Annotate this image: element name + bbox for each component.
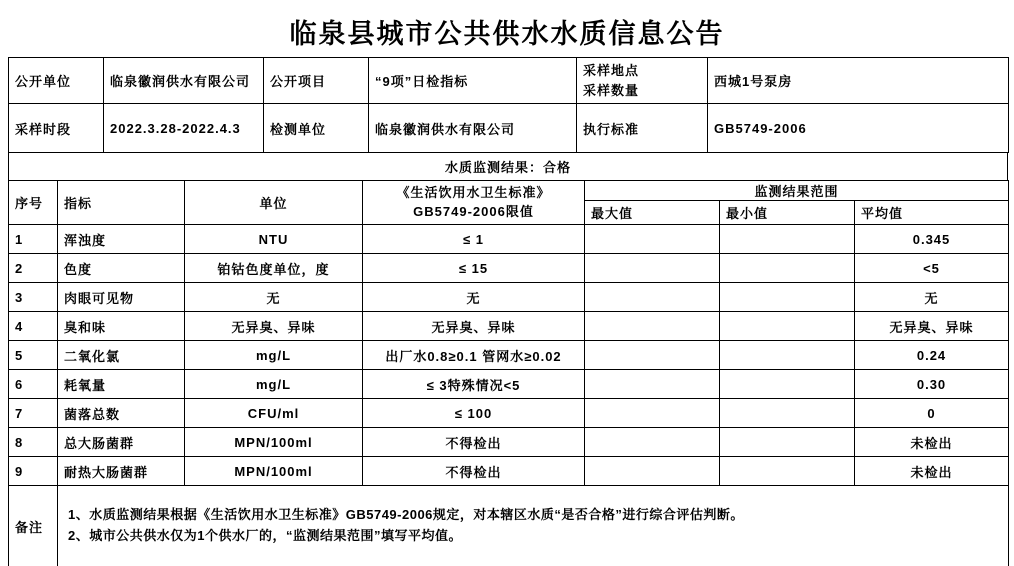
col-header-range-group: 监测结果范围 [585, 181, 1009, 201]
open-item-label: 公开项目 [264, 58, 369, 104]
sampling-site-value: 西城1号泵房 [708, 58, 1009, 104]
row-indicator: 菌落总数 [58, 399, 185, 428]
row-unit: MPN/100ml [185, 457, 363, 486]
col-header-max: 最大值 [585, 201, 720, 225]
sampling-site-label: 采样地点 [583, 63, 639, 78]
row-no: 7 [9, 399, 58, 428]
row-limit: ≤ 15 [363, 254, 585, 283]
notes-body: 1、水质监测结果根据《生活饮用水卫生标准》GB5749-2006规定，对本辖区水… [58, 486, 1009, 566]
col-header-min: 最小值 [720, 201, 855, 225]
table-row: 1 浑浊度 NTU ≤ 1 0.345 [9, 225, 1009, 254]
limit-header-line2: GB5749-2006限值 [369, 203, 578, 222]
table-row: 8 总大肠菌群 MPN/100ml 不得检出 未检出 [9, 428, 1009, 457]
row-limit: 无 [363, 283, 585, 312]
header-row-1: 序号 指标 单位 《生活饮用水卫生标准》 GB5749-2006限值 监测结果范… [9, 181, 1009, 201]
row-min [720, 399, 855, 428]
sampling-period-value: 2022.3.28-2022.4.3 [104, 104, 264, 153]
row-no: 5 [9, 341, 58, 370]
notes-table: 备注 1、水质监测结果根据《生活饮用水卫生标准》GB5749-2006规定，对本… [8, 485, 1009, 566]
sampling-site-count-label: 采样地点 采样数量 [577, 58, 708, 104]
row-no: 1 [9, 225, 58, 254]
row-min [720, 283, 855, 312]
row-avg: 未检出 [855, 457, 1009, 486]
table-row: 7 菌落总数 CFU/ml ≤ 100 0 [9, 399, 1009, 428]
open-unit-value: 临泉徽润供水有限公司 [104, 58, 264, 104]
row-indicator: 总大肠菌群 [58, 428, 185, 457]
executed-standard-value: GB5749-2006 [708, 104, 1009, 153]
row-avg: 0 [855, 399, 1009, 428]
announcement-page: 临泉县城市公共供水水质信息公告 公开单位 临泉徽润供水有限公司 公开项目 “9项… [0, 0, 1014, 566]
col-header-limit: 《生活饮用水卫生标准》 GB5749-2006限值 [363, 181, 585, 225]
col-header-unit: 单位 [185, 181, 363, 225]
row-limit: ≤ 100 [363, 399, 585, 428]
table-row: 3 肉眼可见物 无 无 无 [9, 283, 1009, 312]
table-row: 9 耐热大肠菌群 MPN/100ml 不得检出 未检出 [9, 457, 1009, 486]
row-limit: 不得检出 [363, 457, 585, 486]
info-row-2: 采样时段 2022.3.28-2022.4.3 检测单位 临泉徽润供水有限公司 … [9, 104, 1009, 153]
row-no: 3 [9, 283, 58, 312]
row-indicator: 色度 [58, 254, 185, 283]
info-row-1: 公开单位 临泉徽润供水有限公司 公开项目 “9项”日检指标 采样地点 采样数量 … [9, 58, 1009, 104]
row-max [585, 399, 720, 428]
col-header-avg: 平均值 [855, 201, 1009, 225]
executed-standard-label: 执行标准 [577, 104, 708, 153]
notes-row: 备注 1、水质监测结果根据《生活饮用水卫生标准》GB5749-2006规定，对本… [9, 486, 1009, 566]
row-unit: 无异臭、异味 [185, 312, 363, 341]
row-unit: 铂钴色度单位，度 [185, 254, 363, 283]
row-limit: ≤ 3特殊情况<5 [363, 370, 585, 399]
note-item-1: 1、水质监测结果根据《生活饮用水卫生标准》GB5749-2006规定，对本辖区水… [68, 505, 998, 526]
table-row: 5 二氧化氯 mg/L 出厂水0.8≥0.1 管网水≥0.02 0.24 [9, 341, 1009, 370]
row-avg: 无 [855, 283, 1009, 312]
info-table: 公开单位 临泉徽润供水有限公司 公开项目 “9项”日检指标 采样地点 采样数量 … [8, 57, 1009, 153]
row-min [720, 457, 855, 486]
row-unit: mg/L [185, 341, 363, 370]
col-header-no: 序号 [9, 181, 58, 225]
results-table: 序号 指标 单位 《生活饮用水卫生标准》 GB5749-2006限值 监测结果范… [8, 180, 1009, 486]
sampling-period-label: 采样时段 [9, 104, 104, 153]
row-unit: NTU [185, 225, 363, 254]
row-limit: ≤ 1 [363, 225, 585, 254]
table-row: 4 臭和味 无异臭、异味 无异臭、异味 无异臭、异味 [9, 312, 1009, 341]
row-limit: 出厂水0.8≥0.1 管网水≥0.02 [363, 341, 585, 370]
table-row: 2 色度 铂钴色度单位，度 ≤ 15 <5 [9, 254, 1009, 283]
row-indicator: 臭和味 [58, 312, 185, 341]
row-indicator: 耗氧量 [58, 370, 185, 399]
limit-header-line1: 《生活饮用水卫生标准》 [369, 184, 578, 203]
row-avg: 未检出 [855, 428, 1009, 457]
testing-unit-label: 检测单位 [264, 104, 369, 153]
row-avg: 0.24 [855, 341, 1009, 370]
row-limit: 不得检出 [363, 428, 585, 457]
row-max [585, 283, 720, 312]
table-row: 6 耗氧量 mg/L ≤ 3特殊情况<5 0.30 [9, 370, 1009, 399]
note-item-2: 2、城市公共供水仅为1个供水厂的，“监测结果范围”填写平均值。 [68, 526, 998, 547]
row-unit: mg/L [185, 370, 363, 399]
row-indicator: 肉眼可见物 [58, 283, 185, 312]
row-unit: MPN/100ml [185, 428, 363, 457]
page-title: 临泉县城市公共供水水质信息公告 [0, 0, 1014, 57]
row-no: 2 [9, 254, 58, 283]
row-min [720, 428, 855, 457]
row-avg: 无异臭、异味 [855, 312, 1009, 341]
row-avg: 0.30 [855, 370, 1009, 399]
row-min [720, 254, 855, 283]
row-max [585, 370, 720, 399]
row-no: 9 [9, 457, 58, 486]
row-no: 4 [9, 312, 58, 341]
row-indicator: 二氧化氯 [58, 341, 185, 370]
row-max [585, 312, 720, 341]
open-unit-label: 公开单位 [9, 58, 104, 104]
row-max [585, 457, 720, 486]
row-avg: 0.345 [855, 225, 1009, 254]
row-unit: CFU/ml [185, 399, 363, 428]
row-limit: 无异臭、异味 [363, 312, 585, 341]
row-indicator: 耐热大肠菌群 [58, 457, 185, 486]
row-max [585, 254, 720, 283]
row-max [585, 428, 720, 457]
open-item-value: “9项”日检指标 [369, 58, 577, 104]
row-no: 6 [9, 370, 58, 399]
row-min [720, 312, 855, 341]
row-unit: 无 [185, 283, 363, 312]
notes-label: 备注 [9, 486, 58, 566]
result-banner: 水质监测结果：合格 [9, 153, 1008, 181]
row-min [720, 225, 855, 254]
result-banner-row: 水质监测结果：合格 [9, 153, 1008, 181]
testing-unit-value: 临泉徽润供水有限公司 [369, 104, 577, 153]
row-max [585, 225, 720, 254]
result-banner-table: 水质监测结果：合格 [8, 152, 1008, 181]
row-min [720, 341, 855, 370]
sampling-count-label: 采样数量 [583, 83, 639, 98]
col-header-indicator: 指标 [58, 181, 185, 225]
row-avg: <5 [855, 254, 1009, 283]
row-max [585, 341, 720, 370]
row-no: 8 [9, 428, 58, 457]
row-min [720, 370, 855, 399]
row-indicator: 浑浊度 [58, 225, 185, 254]
